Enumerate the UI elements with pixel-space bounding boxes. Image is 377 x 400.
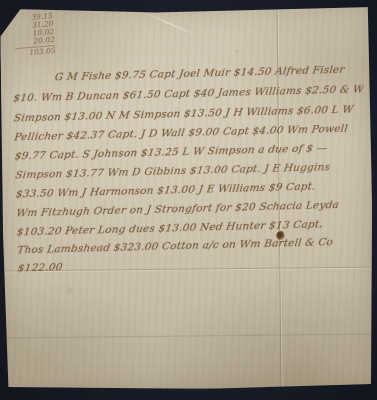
manuscript-line: Wm Fitzhugh Order on J Strongfort for $2… [16, 198, 367, 219]
paper-sheet: 39.15 31.20 10.02 20.02 103.05 G M Fishe… [0, 4, 374, 391]
manuscript-line: $122.00 [17, 253, 368, 274]
manuscript-line: G M Fishe $9.75 Capt Joel Muir $14.50 Al… [54, 63, 363, 83]
manuscript-line: $9.77 Capt. S Johnson $13.25 L W Simpson… [14, 141, 365, 162]
manuscript-line: Pellicher $42.37 Capt. J D Wall $9.00 Ca… [14, 122, 365, 143]
manuscript-line: Simpson $13.77 Wm D Gibbins $13.00 Capt.… [15, 160, 366, 181]
scan-background: 39.15 31.20 10.02 20.02 103.05 G M Fishe… [0, 0, 377, 400]
manuscript-line: $10. Wm B Duncan $61.50 Capt $40 James W… [13, 83, 364, 104]
manuscript-text: G M Fishe $9.75 Capt Joel Muir $14.50 Al… [0, 1, 377, 394]
manuscript-line: Simpson $13.00 N M Simpson $13.50 J H Wi… [13, 103, 364, 124]
manuscript-line: Thos Lambshead $323.00 Cotton a/c on Wm … [17, 235, 368, 256]
manuscript-line: $103.20 Peter Long dues $13.00 Ned Hunte… [16, 217, 367, 238]
manuscript-line: $33.50 Wm J Harmonson $13.00 J E William… [15, 179, 366, 200]
